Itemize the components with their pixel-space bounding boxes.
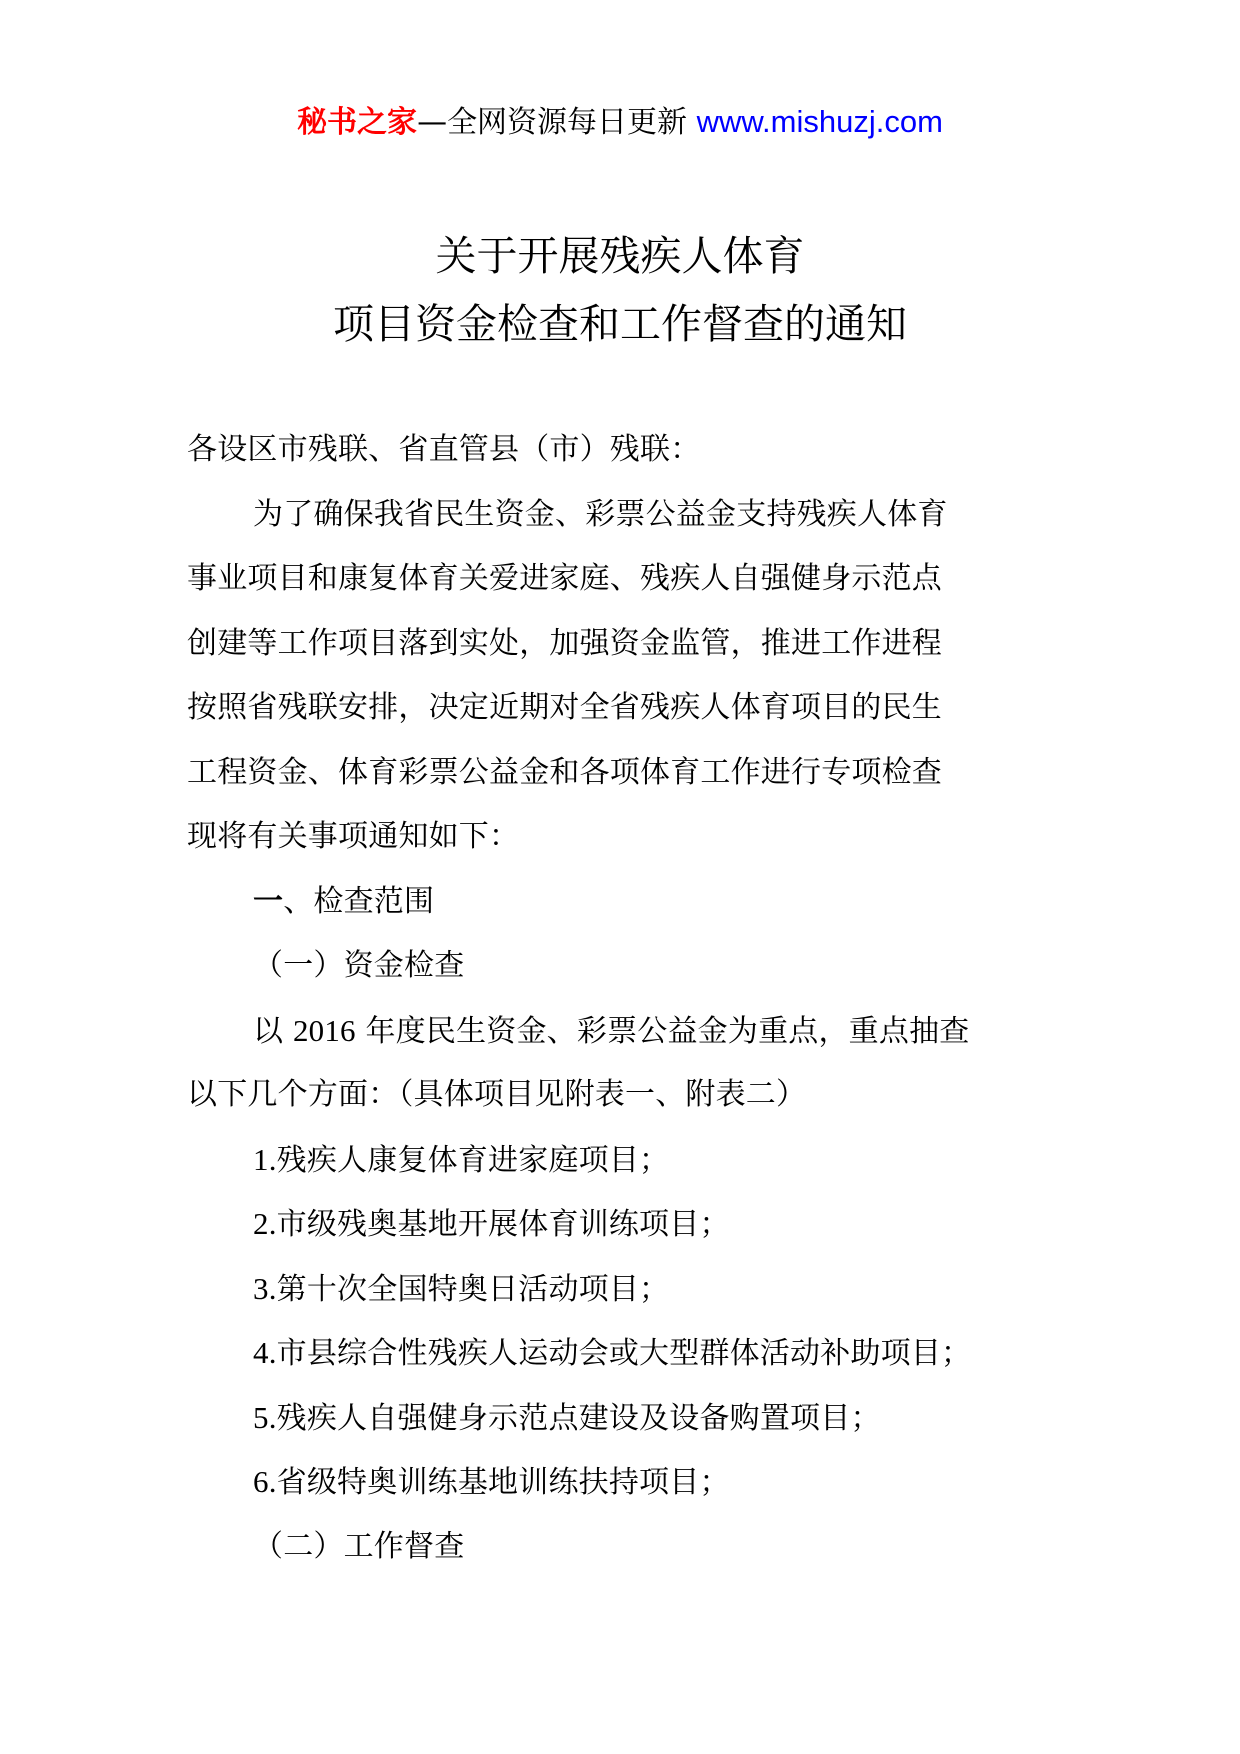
text-fragment: 以	[253, 1014, 293, 1049]
list-item-text: 残疾人康复体育进家庭项目；	[277, 1143, 670, 1178]
intro-line: 按照省残联安排，决定近期对全省残疾人体育项目的民生	[187, 676, 1057, 741]
title-line-2: 项目资金检查和工作督查的通知	[0, 290, 1240, 358]
list-item-number: 4.	[253, 1335, 277, 1370]
intro-line: 工程资金、体育彩票公益金和各项体育工作进行专项检查	[187, 741, 1057, 806]
list-item-text: 残疾人自强健身示范点建设及设备购置项目；	[277, 1401, 881, 1436]
funds-paragraph-line-2: 以下几个方面：（具体项目见附表一、附表二）	[187, 1063, 1057, 1128]
section-title: 、检查范围	[283, 884, 434, 919]
intro-line: 为了确保我省民生资金、彩票公益金支持残疾人体育	[187, 483, 1057, 548]
intro-line: 事业项目和康复体育关爱进家庭、残疾人自强健身示范点	[187, 547, 1057, 612]
list-item-number: 5.	[253, 1400, 277, 1435]
subsection-heading-supervision: （二）工作督查	[187, 1515, 1057, 1580]
list-item: 2.市级残奥基地开展体育训练项目；	[187, 1192, 1057, 1257]
text-fragment: 年度民生资金、彩票公益金为重点，重点抽查	[356, 1014, 970, 1049]
list-item: 4.市县综合性残疾人运动会或大型群体活动补助项目；	[187, 1321, 1057, 1386]
document-body: 各设区市残联、省直管县（市）残联： 为了确保我省民生资金、彩票公益金支持残疾人体…	[187, 418, 1057, 1579]
intro-line: 现将有关事项通知如下：	[187, 805, 1057, 870]
list-item-number: 2.	[253, 1206, 277, 1241]
list-item-number: 6.	[253, 1464, 277, 1499]
subsection-heading-funds: （一）资金检查	[187, 934, 1057, 999]
tagline: —全网资源每日更新	[417, 105, 697, 140]
list-item: 6.省级特奥训练基地训练扶持项目；	[187, 1450, 1057, 1515]
site-banner: 秘书之家—全网资源每日更新 www.mishuzj.com	[0, 100, 1240, 145]
list-item-text: 省级特奥训练基地训练扶持项目；	[277, 1465, 730, 1500]
list-item-text: 市级残奥基地开展体育训练项目；	[277, 1207, 730, 1242]
section-number: 一	[253, 884, 283, 919]
list-item-text: 第十次全国特奥日活动项目；	[277, 1272, 670, 1307]
site-url-link[interactable]: www.mishuzj.com	[697, 104, 943, 139]
section-heading-scope: 一、检查范围	[187, 870, 1057, 935]
brand-name: 秘书之家	[297, 105, 417, 140]
list-item: 1.残疾人康复体育进家庭项目；	[187, 1128, 1057, 1193]
list-item: 5.残疾人自强健身示范点建设及设备购置项目；	[187, 1386, 1057, 1451]
salutation: 各设区市残联、省直管县（市）残联：	[187, 418, 1057, 483]
list-item-text: 市县综合性残疾人运动会或大型群体活动补助项目；	[277, 1336, 972, 1371]
funds-paragraph-line-1: 以 2016 年度民生资金、彩票公益金为重点，重点抽查	[187, 999, 1057, 1064]
title-line-1: 关于开展残疾人体育	[0, 222, 1240, 290]
intro-line: 创建等工作项目落到实处，加强资金监管，推进工作进程	[187, 612, 1057, 677]
year-value: 2016	[293, 1013, 356, 1048]
list-item: 3.第十次全国特奥日活动项目；	[187, 1257, 1057, 1322]
list-item-number: 3.	[253, 1271, 277, 1306]
list-item-number: 1.	[253, 1142, 277, 1177]
document-title: 关于开展残疾人体育 项目资金检查和工作督查的通知	[0, 222, 1240, 358]
